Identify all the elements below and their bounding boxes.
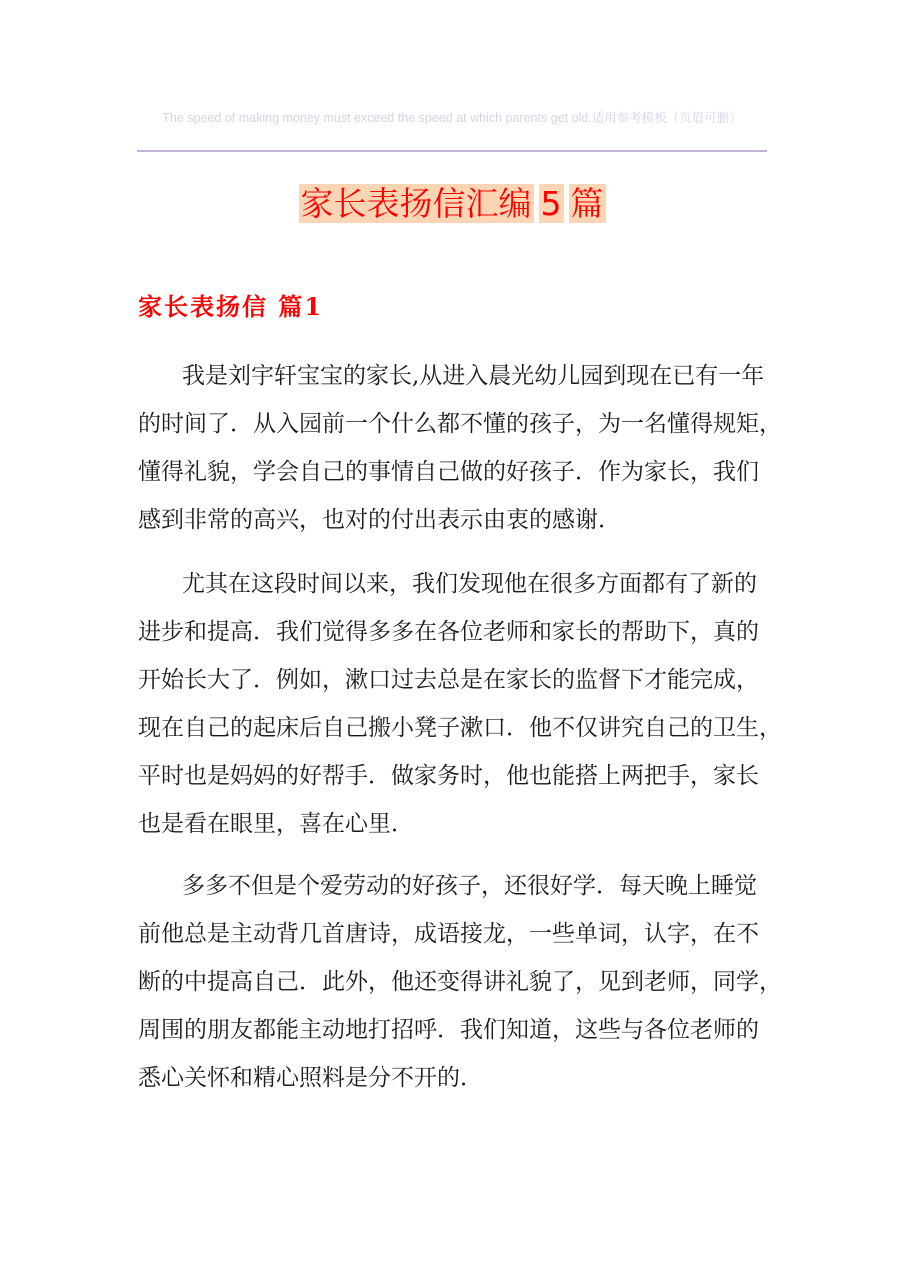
header-divider [137,150,767,152]
paragraph-line: 平时也是妈妈的好帮手．做家务时，他也能搭上两把手，家长 [138,752,770,800]
paragraph-line: 懂得礼貌，学会自己的事情自己做的好孩子．作为家长，我们 [138,448,770,496]
paragraph-line: 的时间了．从入园前一个什么都不懂的孩子，为一名懂得规矩， [138,400,770,448]
paragraph-line: 也是看在眼里，喜在心里． [138,800,770,848]
paragraph-line: 悉心关怀和精心照料是分不开的． [138,1054,770,1102]
paragraph-line: 进步和提高．我们觉得多多在各位老师和家长的帮助下，真的 [138,608,770,656]
paragraph-line: 现在自己的起床后自己搬小凳子漱口．他不仅讲究自己的卫生， [138,704,770,752]
title-main: 家长表扬信汇编 [299,184,534,223]
paragraph-line: 周围的朋友都能主动地打招呼．我们知道，这些与各位老师的 [138,1006,770,1054]
title-number: 5 [539,184,564,223]
paragraph-3: 多多不但是个爱劳动的好孩子，还很好学．每天晚上睡觉 前他总是主动背几首唐诗，成语… [138,862,770,1102]
paragraph-line: 我是刘宇轩宝宝的家长,从进入晨光幼儿园到现在已有一年 [138,352,770,400]
paragraph-line: 前他总是主动背几首唐诗，成语接龙，一些单词，认字，在不 [138,910,770,958]
paragraph-line: 断的中提高自己．此外，他还变得讲礼貌了，见到老师，同学， [138,958,770,1006]
section-heading: 家长表扬信 篇1 [138,291,323,323]
title-suffix: 篇 [569,184,606,223]
page-header: The speed of making money must exceed th… [137,108,767,126]
paragraph-line: 开始长大了．例如，漱口过去总是在家长的监督下才能完成， [138,656,770,704]
paragraph-line: 多多不但是个爱劳动的好孩子，还很好学．每天晚上睡觉 [138,862,770,910]
document-title: 家长表扬信汇编5篇 [0,182,904,226]
paragraph-line: 感到非常的高兴，也对的付出表示由衷的感谢． [138,496,770,544]
paragraph-2: 尤其在这段时间以来，我们发现他在很多方面都有了新的 进步和提高．我们觉得多多在各… [138,560,770,848]
paragraph-line: 尤其在这段时间以来，我们发现他在很多方面都有了新的 [138,560,770,608]
paragraph-1: 我是刘宇轩宝宝的家长,从进入晨光幼儿园到现在已有一年 的时间了．从入园前一个什么… [138,352,770,544]
